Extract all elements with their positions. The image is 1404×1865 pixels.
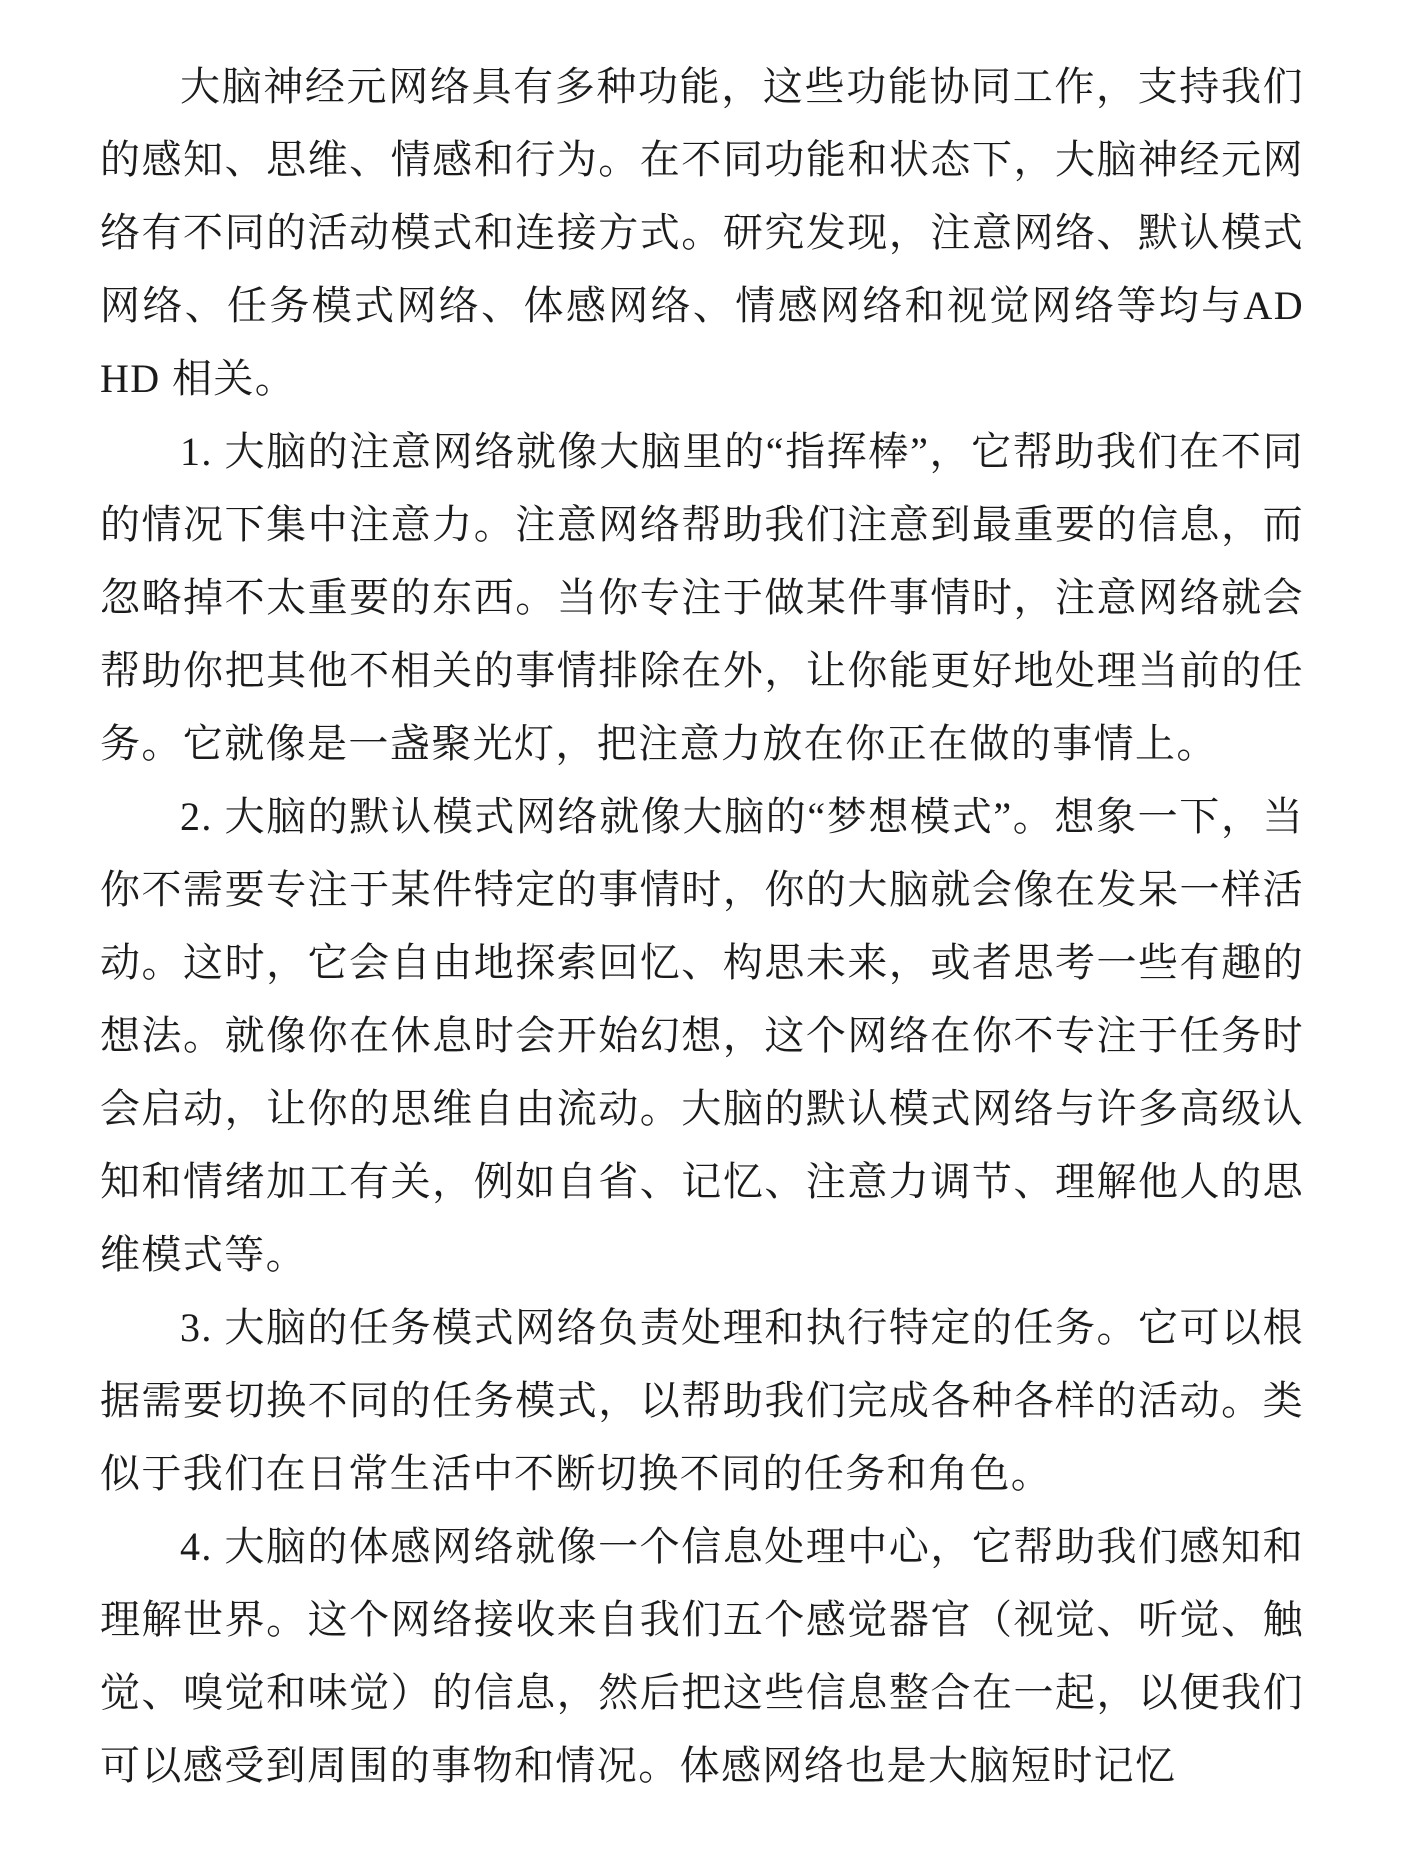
- paragraph-task-mode-network: 3. 大脑的任务模式网络负责处理和执行特定的任务。它可以根据需要切换不同的任务模…: [100, 1291, 1304, 1510]
- paragraph-somatosensory-network: 4. 大脑的体感网络就像一个信息处理中心，它帮助我们感知和理解世界。这个网络接收…: [100, 1510, 1304, 1802]
- paragraph-default-mode-network: 2. 大脑的默认模式网络就像大脑的“梦想模式”。想象一下，当你不需要专注于某件特…: [100, 780, 1304, 1291]
- document-page: 大脑神经元网络具有多种功能，这些功能协同工作，支持我们的感知、思维、情感和行为。…: [0, 0, 1404, 1865]
- paragraph-intro-brain-networks: 大脑神经元网络具有多种功能，这些功能协同工作，支持我们的感知、思维、情感和行为。…: [100, 50, 1304, 415]
- paragraph-attention-network: 1. 大脑的注意网络就像大脑里的“指挥棒”，它帮助我们在不同的情况下集中注意力。…: [100, 415, 1304, 780]
